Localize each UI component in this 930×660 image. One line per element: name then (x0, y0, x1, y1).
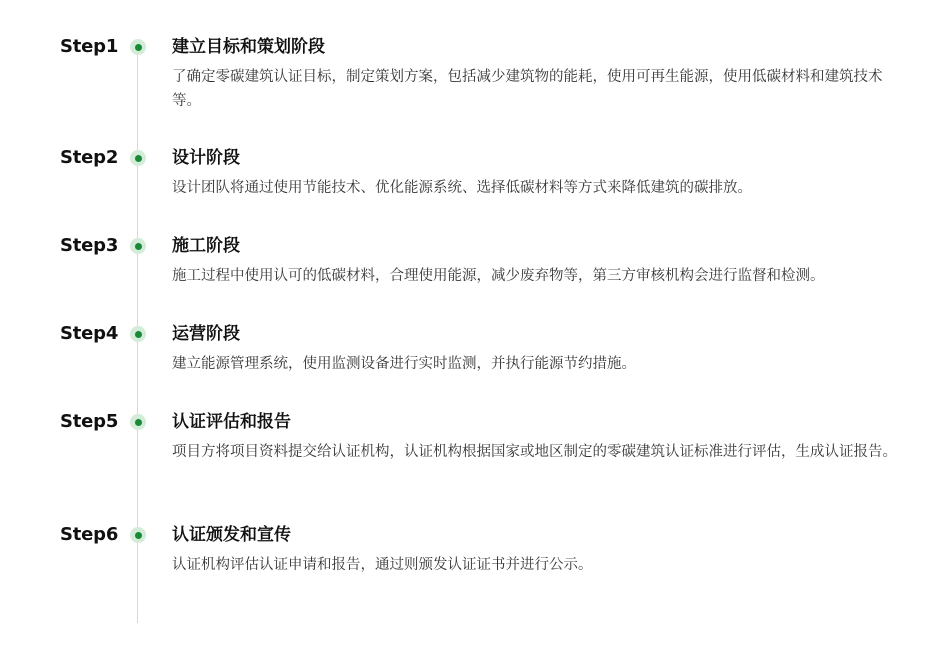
step-label: Step5 (60, 411, 118, 433)
step-content: 认证颁发和宣传 认证机构评估认证申请和报告，通过则颁发认证证书并进行公示。 (172, 524, 902, 578)
step-title: 认证颁发和宣传 (172, 524, 902, 546)
timeline-dot-icon (130, 414, 146, 430)
step-content: 认证评估和报告 项目方将项目资料提交给认证机构，认证机构根据国家或地区制定的零碳… (172, 411, 902, 465)
step-description: 施工过程中使用认可的低碳材料，合理使用能源，减少废弃物等，第三方审核机构会进行监… (172, 265, 900, 289)
certification-steps-timeline: Step1 建立目标和策划阶段 了确定零碳建筑认证目标，制定策划方案，包括减少建… (0, 0, 930, 660)
step-description: 建立能源管理系统，使用监测设备进行实时监测，并执行能源节约措施。 (172, 353, 900, 377)
step-label: Step6 (60, 524, 118, 546)
timeline-dot-icon (130, 150, 146, 166)
step-content: 施工阶段 施工过程中使用认可的低碳材料，合理使用能源，减少废弃物等，第三方审核机… (172, 235, 902, 289)
step-description: 认证机构评估认证申请和报告，通过则颁发认证证书并进行公示。 (172, 554, 900, 578)
step-label: Step2 (60, 147, 118, 169)
step-title: 建立目标和策划阶段 (172, 36, 902, 58)
step-label: Step3 (60, 235, 118, 257)
timeline-dot-icon (130, 238, 146, 254)
step-title: 施工阶段 (172, 235, 902, 257)
timeline-dot-icon (130, 39, 146, 55)
step-content: 设计阶段 设计团队将通过使用节能技术、优化能源系统、选择低碳材料等方式来降低建筑… (172, 147, 902, 201)
step-content: 建立目标和策划阶段 了确定零碳建筑认证目标，制定策划方案，包括减少建筑物的能耗，… (172, 36, 902, 113)
step-description: 了确定零碳建筑认证目标，制定策划方案，包括减少建筑物的能耗，使用可再生能源，使用… (172, 66, 900, 113)
step-label: Step4 (60, 323, 118, 345)
timeline-dot-icon (130, 527, 146, 543)
step-label: Step1 (60, 36, 118, 58)
step-description: 项目方将项目资料提交给认证机构，认证机构根据国家或地区制定的零碳建筑认证标准进行… (172, 441, 900, 465)
step-title: 运营阶段 (172, 323, 902, 345)
timeline-dot-icon (130, 326, 146, 342)
step-title: 认证评估和报告 (172, 411, 902, 433)
step-title: 设计阶段 (172, 147, 902, 169)
step-description: 设计团队将通过使用节能技术、优化能源系统、选择低碳材料等方式来降低建筑的碳排放。 (172, 177, 900, 201)
step-content: 运营阶段 建立能源管理系统，使用监测设备进行实时监测，并执行能源节约措施。 (172, 323, 902, 377)
